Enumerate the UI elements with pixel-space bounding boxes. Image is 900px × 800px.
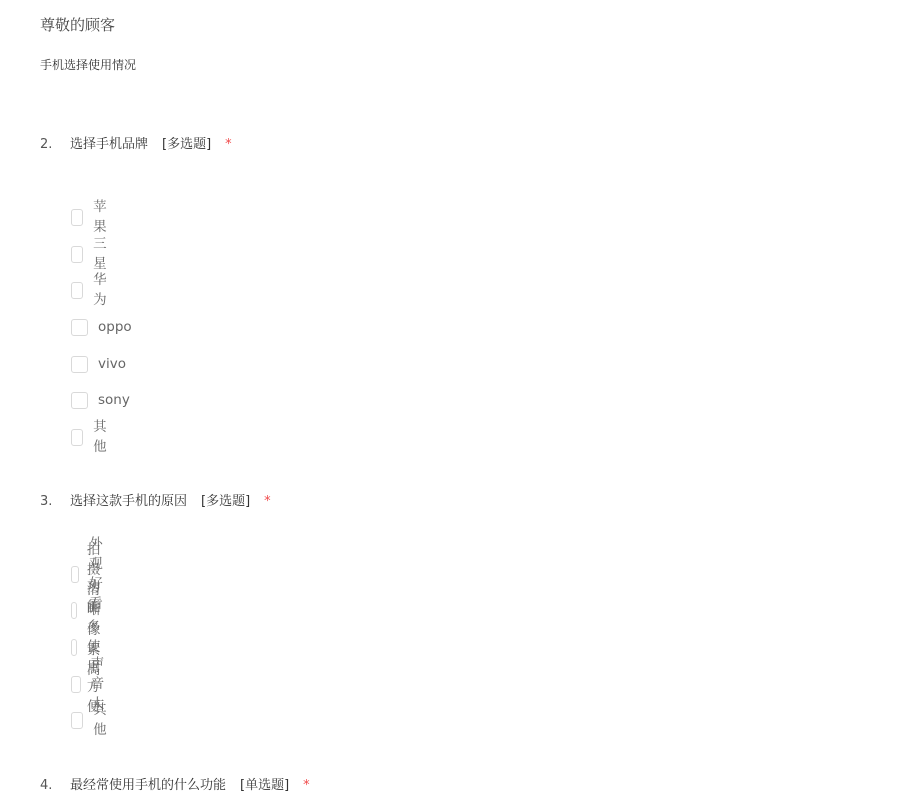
checkbox[interactable] — [71, 639, 77, 656]
survey-title: 尊敬的顾客 — [40, 15, 115, 35]
checkbox[interactable] — [71, 602, 77, 619]
checkbox[interactable] — [71, 392, 88, 409]
checkbox[interactable] — [71, 676, 81, 693]
survey-description: 手机选择使用情况 — [40, 57, 136, 73]
option-sony[interactable]: sony — [71, 390, 130, 410]
required-icon: * — [264, 492, 271, 512]
question-title: 选择手机品牌 — [70, 135, 148, 155]
checkbox[interactable] — [71, 712, 83, 729]
option-label: 三星 — [93, 234, 111, 274]
question-number: 4. — [40, 776, 70, 796]
required-icon: * — [303, 776, 310, 796]
option-oppo[interactable]: oppo — [71, 317, 132, 337]
option-huawei[interactable]: 华为 — [71, 280, 112, 300]
question-type: [单选题] — [240, 776, 289, 796]
checkbox[interactable] — [71, 566, 79, 583]
option-label: sony — [98, 390, 130, 410]
question-header: 4. 最经常使用手机的什么功能 [单选题] * — [40, 776, 860, 796]
option-label: oppo — [98, 317, 132, 337]
question-2: 2. 选择手机品牌 [多选题] * 苹果 三星 华为 oppo vivo son… — [40, 135, 860, 155]
option-other[interactable]: 其他 — [71, 427, 112, 447]
question-title: 最经常使用手机的什么功能 — [70, 776, 226, 796]
question-3: 3. 选择这款手机的原因 [多选题] * 外观好看 拍摄清晰像素高 功能多使用方… — [40, 492, 860, 512]
required-icon: * — [225, 135, 232, 155]
question-number: 3. — [40, 492, 70, 512]
checkbox[interactable] — [71, 429, 83, 446]
option-apple[interactable]: 苹果 — [71, 207, 112, 227]
option-label: 其他 — [93, 700, 111, 740]
question-type: [多选题] — [162, 135, 211, 155]
question-header: 3. 选择这款手机的原因 [多选题] * — [40, 492, 860, 512]
option-samsung[interactable]: 三星 — [71, 244, 112, 264]
question-number: 2. — [40, 135, 70, 155]
option-label: 其他 — [93, 417, 111, 457]
option-loud[interactable]: 声音大 — [71, 674, 112, 694]
question-4: 4. 最经常使用手机的什么功能 [单选题] * — [40, 776, 860, 796]
checkbox[interactable] — [71, 246, 83, 263]
option-vivo[interactable]: vivo — [71, 354, 126, 374]
question-type: [多选题] — [201, 492, 250, 512]
checkbox[interactable] — [71, 356, 88, 373]
checkbox[interactable] — [71, 319, 88, 336]
option-other[interactable]: 其他 — [71, 710, 112, 730]
option-label: 苹果 — [93, 197, 111, 237]
question-title: 选择这款手机的原因 — [70, 492, 187, 512]
option-label: 华为 — [93, 270, 111, 310]
option-label: vivo — [98, 354, 126, 374]
checkbox[interactable] — [71, 282, 83, 299]
question-header: 2. 选择手机品牌 [多选题] * — [40, 135, 860, 155]
checkbox[interactable] — [71, 209, 83, 226]
